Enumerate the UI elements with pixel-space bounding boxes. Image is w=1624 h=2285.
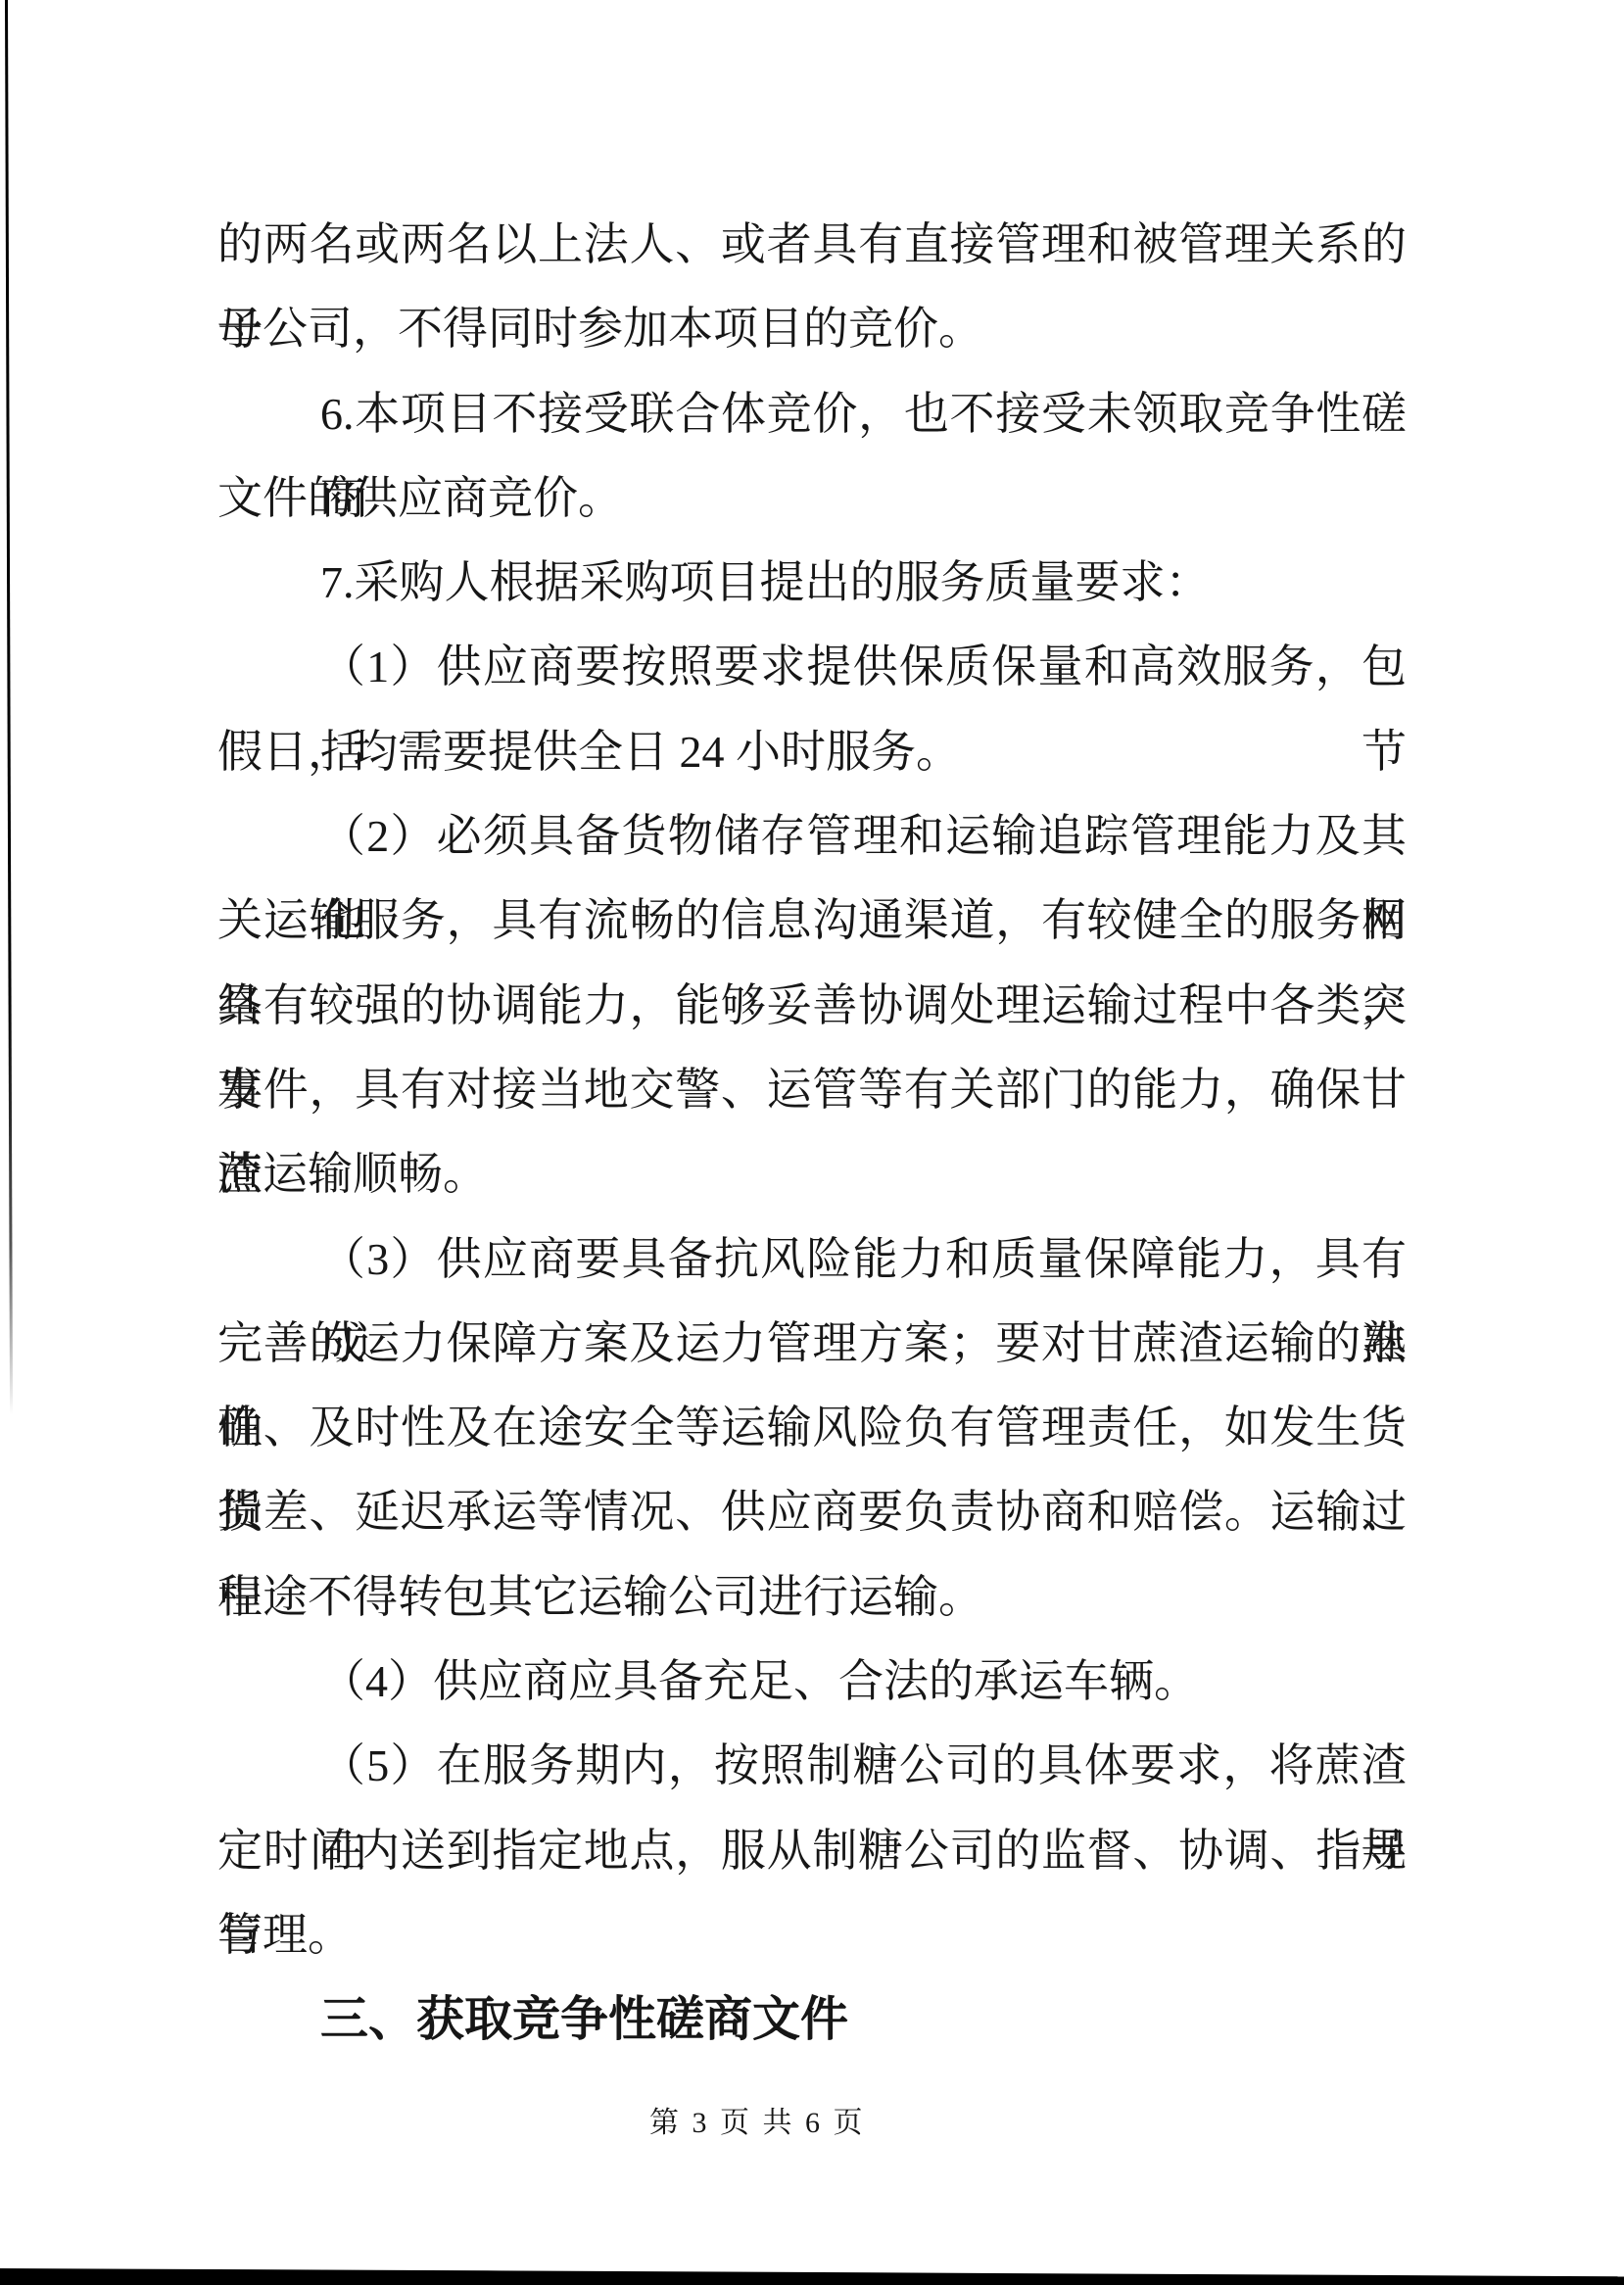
section-heading: 三、获取竞争性磋商文件 — [217, 1977, 1407, 2062]
text-line: 管理。 — [217, 1893, 1407, 1977]
text-line: 7.采购人根据采购项目提出的服务质量要求： — [217, 541, 1407, 625]
text-line: （1）供应商要按照要求提供保质保量和高效服务，包括节 — [217, 625, 1407, 709]
text-line: 定时间内送到指定地点，服从制糖公司的监督、协调、指导与 — [217, 1809, 1407, 1893]
text-line: 的两名或两名以上法人、或者具有直接管理和被管理关系的母 — [217, 203, 1407, 287]
text-line: 事件，具有对接当地交警、运管等有关部门的能力，确保甘蔗 — [217, 1048, 1407, 1132]
text-line: 文件的供应商竞价。 — [217, 456, 1407, 541]
text-line: （4）供应商应具备充足、合法的承运车辆。 — [217, 1640, 1407, 1724]
scan-bottom-edge — [0, 2262, 1624, 2285]
text-line: （2）必须具备货物储存管理和运输追踪管理能力及其他相 — [217, 794, 1407, 879]
page-footer: 第 3 页 共 6 页 — [649, 2098, 866, 2141]
text-line: 货差、延迟承运等情况、供应商要负责协商和赔偿。运输过程 — [217, 1470, 1407, 1554]
text-line: 渣运输顺畅。 — [217, 1132, 1407, 1216]
text-line: 完善的运力保障方案及运力管理方案；要对甘蔗渣运输的准确 — [217, 1302, 1407, 1386]
text-line: （3）供应商要具备抗风险能力和质量保障能力，具有成熟 — [217, 1217, 1407, 1302]
document-page: 的两名或两名以上法人、或者具有直接管理和被管理关系的母子公司，不得同时参加本项目… — [0, 0, 1624, 2285]
text-line: （5）在服务期内，按照制糖公司的具体要求，将蔗渣在规 — [217, 1724, 1407, 1808]
text-line: 关运输服务，具有流畅的信息沟通渠道，有较健全的服务网络， — [217, 879, 1407, 963]
text-line: 具有较强的协调能力，能够妥善协调处理运输过程中各类突发 — [217, 964, 1407, 1048]
text-line: 6.本项目不接受联合体竞价，也不接受未领取竞争性磋商 — [217, 372, 1407, 456]
scan-left-border — [5, 0, 13, 1415]
text-line: 子公司，不得同时参加本项目的竞价。 — [217, 287, 1407, 371]
document-body: 的两名或两名以上法人、或者具有直接管理和被管理关系的母子公司，不得同时参加本项目… — [217, 203, 1407, 2063]
text-line: 性、及时性及在途安全等运输风险负有管理责任，如发生货损、 — [217, 1386, 1407, 1470]
text-line: 中途不得转包其它运输公司进行运输。 — [217, 1555, 1407, 1640]
